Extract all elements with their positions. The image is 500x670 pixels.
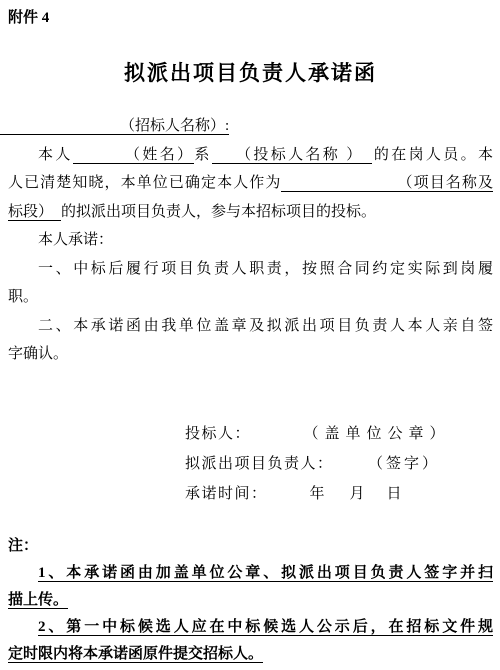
note-2-text-cont: 定时限内将本承诺函原件提交招标人。 (8, 646, 263, 663)
document-body: （招标人名称）: 本人（姓名）系（投标人名称 ）的在岗人员。本 人已清楚知晓，本… (8, 112, 493, 369)
salutation-hint: （招标人名称）: (120, 118, 229, 134)
fill-in-blank (364, 158, 372, 159)
fill-in-blank (0, 129, 120, 130)
year-label: 年 (310, 486, 325, 502)
notes-label: 注： (8, 533, 493, 560)
manager-signature-row: 拟派出项目负责人：（签字） (185, 449, 493, 479)
person-name-blank: （姓名） (73, 147, 195, 164)
fill-in-blank (281, 186, 396, 187)
fill-in-blank (53, 215, 61, 216)
promise-item-2: 二、本承诺函由我单位盖章及拟派出项目负责人本人亲自签 (8, 312, 493, 341)
seal-hint: （盖单位公章） (311, 426, 451, 442)
notes-label-text: 注： (8, 538, 38, 554)
promise-1-text: 一、中标后履行项目负责人职责，按照合同约定实际到岗履 (38, 261, 493, 277)
date-label: 承诺时间： (185, 486, 268, 502)
month-label: 月 (350, 486, 365, 502)
note-1-cont: 描上传。 (8, 587, 493, 614)
promise-2-text: 二、本承诺函由我单位盖章及拟派出项目负责人本人亲自签 (38, 318, 493, 334)
note-2: 2、第一中标候选人应在中标候选人公示后，在招标文件规 (8, 614, 493, 641)
promise-2-text-cont: 字确认。 (8, 346, 68, 362)
promise-heading-text: 本人承诺： (38, 232, 113, 248)
promise-item-1: 一、中标后履行项目负责人职责，按照合同约定实际到岗履 (8, 255, 493, 284)
salutation-line: （招标人名称）: (8, 112, 493, 141)
body-line-2: 人已清楚知晓，本单位已确定本人作为（项目名称及 (8, 169, 493, 198)
bidder-name-blank: （投标人名称 ） (212, 147, 372, 164)
signature-block: 投标人：（盖单位公章） 拟派出项目负责人：（签字） 承诺时间：年月日 (185, 419, 493, 509)
note-2-cont: 定时限内将本承诺函原件提交招标人。 (8, 641, 493, 668)
bidder-signature-row: 投标人：（盖单位公章） (185, 419, 493, 449)
project-name-blank-cont: 标段） (8, 204, 61, 221)
project-name-hint: （项目名称及 (396, 175, 493, 191)
body-text: 的拟派出项目负责人，参与本招标项目的投标。 (61, 204, 376, 220)
date-row: 承诺时间：年月日 (185, 479, 493, 509)
project-name-hint-cont: 标段） (8, 204, 53, 220)
promise-heading: 本人承诺： (8, 226, 493, 255)
manager-label: 拟派出项目负责人： (185, 456, 334, 472)
body-text: 的在岗人员。本 (372, 147, 493, 163)
note-2-text: 2、第一中标候选人应在中标候选人公示后，在招标文件规 (38, 619, 493, 636)
tenderer-name-blank: （招标人名称）: (0, 118, 229, 135)
promise-1-text-cont: 职。 (8, 289, 38, 305)
promise-item-1-cont: 职。 (8, 283, 493, 312)
note-1-text-cont: 描上传。 (8, 592, 68, 609)
notes-section: 注： 1、本承诺函由加盖单位公章、拟派出项目负责人签字并扫 描上传。 2、第一中… (8, 533, 493, 668)
sign-hint: （签字） (376, 456, 441, 472)
day-label: 日 (387, 486, 402, 502)
bidder-name-hint: （投标人名称 ） (234, 147, 364, 163)
note-1-text: 1、本承诺函由加盖单位公章、拟派出项目负责人签字并扫 (38, 565, 493, 582)
attachment-label: 附件 4 (8, 8, 493, 28)
bidder-label: 投标人： (185, 426, 251, 442)
name-hint: （姓名） (123, 147, 195, 163)
body-text: 本人 (38, 147, 73, 163)
body-line-3: 标段）的拟派出项目负责人，参与本招标项目的投标。 (8, 198, 493, 227)
fill-in-blank (212, 158, 234, 159)
project-name-blank: （项目名称及 (281, 175, 493, 192)
promise-item-2-cont: 字确认。 (8, 340, 493, 369)
document-page: 附件 4 拟派出项目负责人承诺函 （招标人名称）: 本人（姓名）系（投标人名称 … (0, 0, 500, 670)
fill-in-blank (73, 158, 123, 159)
body-text: 系 (194, 147, 211, 163)
note-1: 1、本承诺函由加盖单位公章、拟派出项目负责人签字并扫 (8, 560, 493, 587)
body-line-1: 本人（姓名）系（投标人名称 ）的在岗人员。本 (8, 141, 493, 170)
body-text: 人已清楚知晓，本单位已确定本人作为 (8, 175, 281, 191)
document-title: 拟派出项目负责人承诺函 (8, 58, 493, 88)
